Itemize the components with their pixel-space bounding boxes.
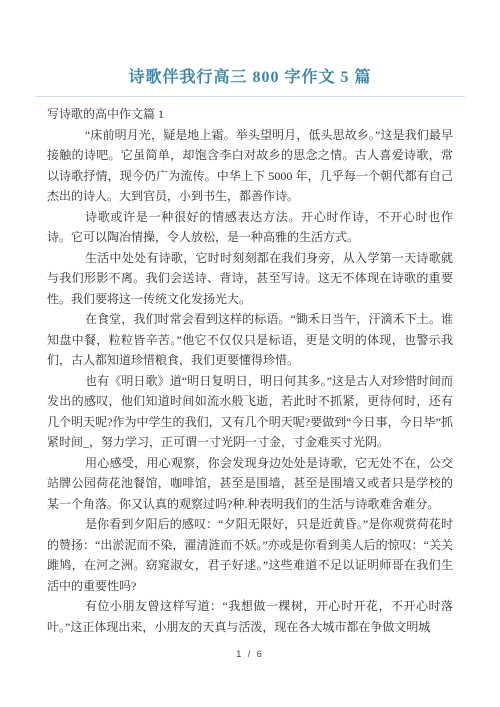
paragraph: 生活中处处有诗歌，它时时刻刻都在我们身旁，从入学第一天诗歌就与我们形影不离。我们… xyxy=(47,248,453,310)
paragraph: 诗歌或许是一种很好的情感表达方法。开心时作诗，不开心时也作诗。它可以陶冶情操，令… xyxy=(47,207,453,248)
title-divider xyxy=(35,96,465,97)
document-page: 诗歌伴我行高三 800 字作文 5 篇 写诗歌的高中作文篇 1 “床前明月光，疑… xyxy=(0,0,500,707)
paragraph: 也有《明日歌》道“明日复明日，明日何其多。”这是古人对珍惜时间而发出的感叹，他们… xyxy=(47,371,453,453)
paragraph: 是你看到夕阳后的感叹：“夕阳无限好，只是近黄昏。”是你观赏荷花时的赞扬：“出淤泥… xyxy=(47,514,453,596)
page-number-indicator: 1 / 6 xyxy=(0,649,500,659)
paragraph: “床前明月光，疑是地上霜。举头望明月，低头思故乡。”这是我们最早接触的诗吧。它虽… xyxy=(47,125,453,207)
paragraph: 有位小朋友曾这样写道：“我想做一棵树，开心时开花，不开心时落叶。”这正体现出来，… xyxy=(47,596,453,637)
document-title: 诗歌伴我行高三 800 字作文 5 篇 xyxy=(0,0,500,87)
document-body: 写诗歌的高中作文篇 1 “床前明月光，疑是地上霜。举头望明月，低头思故乡。”这是… xyxy=(47,104,453,637)
paragraph-list: “床前明月光，疑是地上霜。举头望明月，低头思故乡。”这是我们最早接触的诗吧。它虽… xyxy=(47,125,453,638)
paragraph: 在食堂，我们时常会看到这样的标语。“锄禾日当午，汗滴禾下土。谁知盘中餐，粒粒皆辛… xyxy=(47,309,453,371)
paragraph: 用心感受，用心观察，你会发现身边处处是诗歌，它无处不在，公交站牌公园荷花池餐馆，… xyxy=(47,453,453,515)
section-heading: 写诗歌的高中作文篇 1 xyxy=(47,104,453,125)
